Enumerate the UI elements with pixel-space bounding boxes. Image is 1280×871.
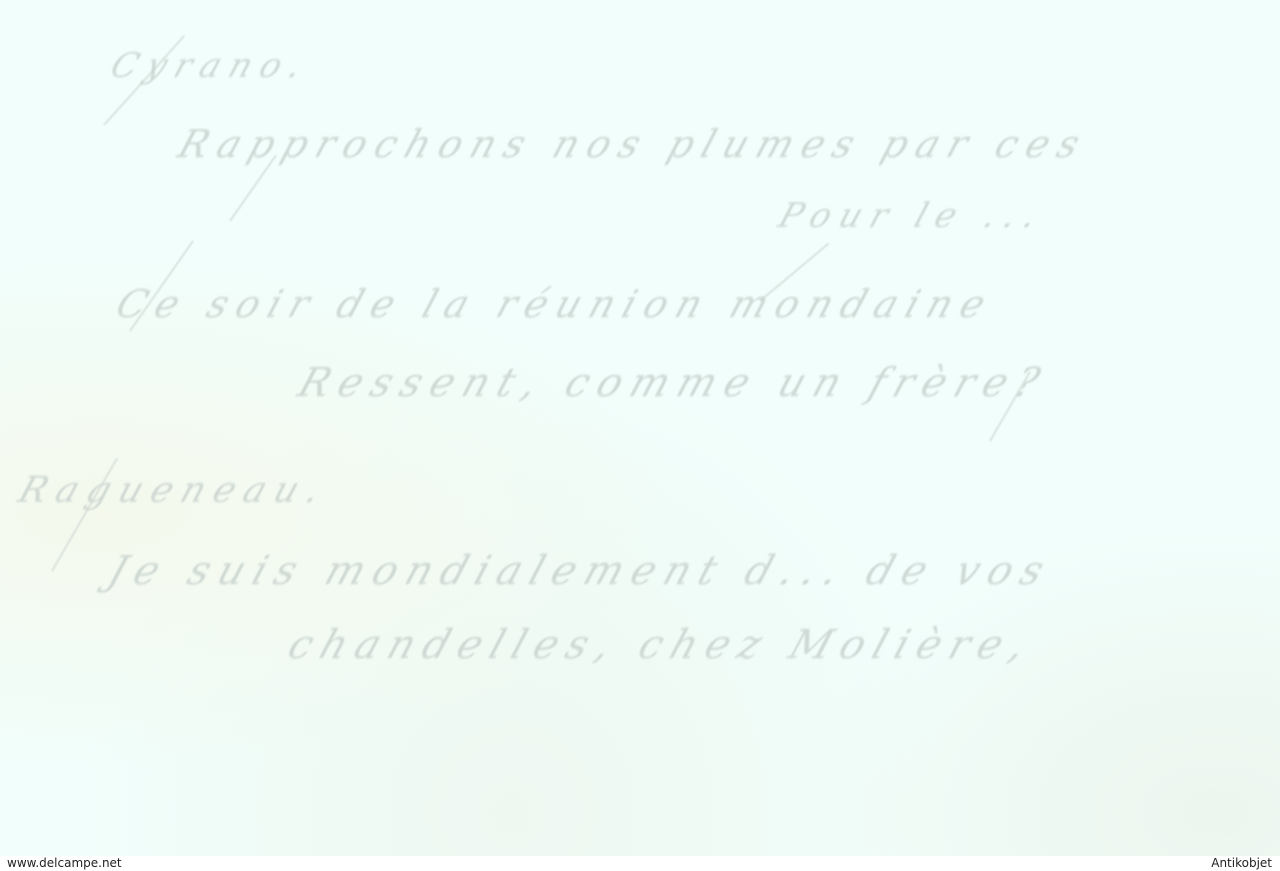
handwritten-line: Je suis mondialement d... de vos [103, 548, 1059, 594]
handwritten-line: chandelles, chez Molière, [283, 622, 1041, 668]
manuscript-scan: Cyrano. Rapprochons nos plumes par ces P… [0, 0, 1280, 856]
watermark-footer: www.delcampe.net Antikobjet [0, 856, 1280, 871]
handwritten-line: Ressent, comme un frère? [293, 360, 1055, 406]
handwritten-line: Cyrano. [106, 46, 316, 86]
handwritten-line: Ce soir de la réunion mondaine [111, 282, 1000, 326]
delcampe-watermark: www.delcampe.net [7, 856, 122, 871]
antikobjet-watermark: Antikobjet [1211, 856, 1272, 871]
handwritten-line: Ragueneau. [13, 470, 334, 511]
handwritten-line: Rapprochons nos plumes par ces [173, 122, 1094, 166]
handwritten-line: Pour le ... [774, 196, 1051, 236]
